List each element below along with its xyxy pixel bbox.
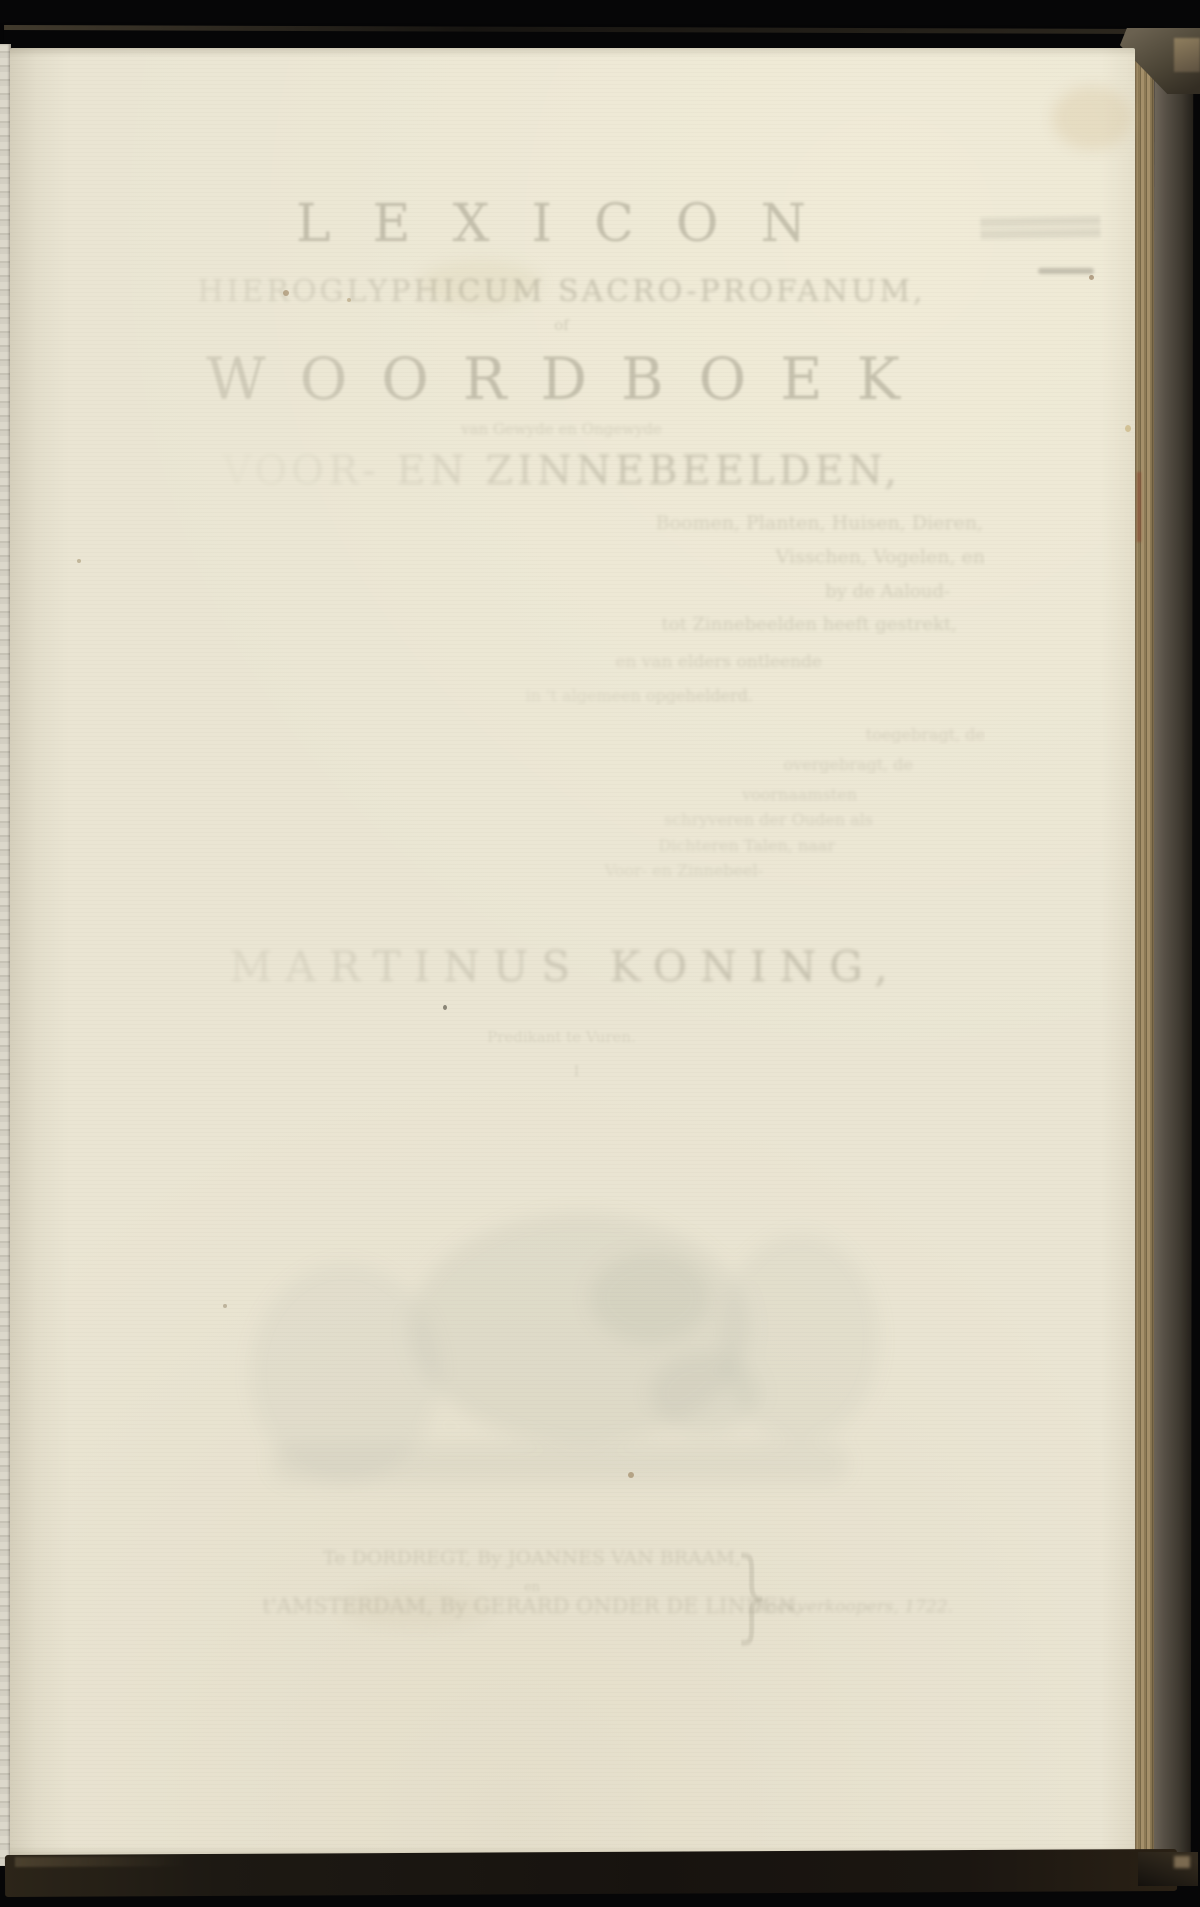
ghost-line: by de Aaloud- — [138, 581, 985, 602]
ghost-paragraph-line: voornaamsten — [138, 785, 985, 804]
ghost-imprint-booksellers: Boekverkoopers, 1722. — [754, 1597, 1014, 1617]
ghost-paragraph-line: overgebragt, de — [138, 755, 985, 774]
ghost-paragraph-line: schryveren der Ouden als — [138, 810, 985, 829]
cover-corner-bottom-right — [1138, 1852, 1198, 1886]
paper-stain — [1052, 86, 1132, 150]
ghost-line: in 't algemeen opgehelderd. — [138, 686, 985, 705]
stamp-underline-smudge — [1038, 268, 1094, 274]
foxing-spot — [283, 290, 289, 296]
ghost-subtitle-small: van Gewyde en Ongewyde — [138, 420, 985, 438]
vignette-blob — [590, 1253, 710, 1343]
ghost-paragraph-line: Voor- en Zinnebeel- — [138, 861, 985, 880]
ghost-paragraph-line: toegebragt, de — [138, 725, 985, 744]
ghost-of-word: of — [138, 316, 985, 334]
engraving-showthrough — [220, 1143, 900, 1513]
stamp-text-row — [982, 216, 1102, 227]
ghost-title-zinnebeelden: VOOR- EN ZINNEBEELDEN, — [138, 448, 985, 494]
foxing-spot — [628, 1472, 634, 1478]
ghost-line: Boomen, Planten, Huisen, Dieren, — [138, 512, 985, 534]
imprint-brace: } — [734, 1545, 769, 1645]
ghost-line: tot Zinnebeelden heeft gestrekt, — [138, 614, 985, 635]
foxing-spot — [1089, 275, 1094, 280]
vignette-base-band — [270, 1443, 850, 1483]
ghost-title-woordboek: WOORDBOEK — [155, 345, 985, 413]
ghost-subtitle-latin: HIEROGLYPHICUM SACRO-PROFANUM, — [138, 274, 985, 309]
book-page: LEXICON HIEROGLYPHICUM SACRO-PROFANUM, o… — [10, 48, 1135, 1856]
ghost-line: Visschen, Vogelen, en — [138, 546, 985, 568]
foxing-spot — [77, 559, 81, 563]
ghost-author-name: MARTINUS KONING, — [145, 942, 985, 991]
stamp-text-row — [982, 228, 1102, 239]
ghost-title-lexicon: LEXICON — [159, 194, 985, 254]
ghost-author-role: Predikant te Vuren. — [138, 1028, 985, 1046]
vignette-blob — [650, 1353, 760, 1433]
book-cover-right — [1152, 34, 1194, 1886]
foxing-spot — [223, 1304, 227, 1308]
press-figure: I — [168, 1064, 985, 1080]
foxing-spot — [443, 1005, 447, 1010]
ghost-paragraph-line: Dichteren Talen, naar — [138, 836, 985, 855]
text-block-fore-edge — [1135, 52, 1154, 1864]
stamp-showthrough-smudge — [982, 213, 1103, 249]
ghost-line: en van elders ontleende — [138, 652, 985, 672]
book-cover-bottom-edge — [5, 1849, 1177, 1897]
photo-background: LEXICON HIEROGLYPHICUM SACRO-PROFANUM, o… — [0, 0, 1200, 1907]
foxing-spot — [1125, 425, 1131, 432]
foxing-spot — [347, 298, 351, 302]
